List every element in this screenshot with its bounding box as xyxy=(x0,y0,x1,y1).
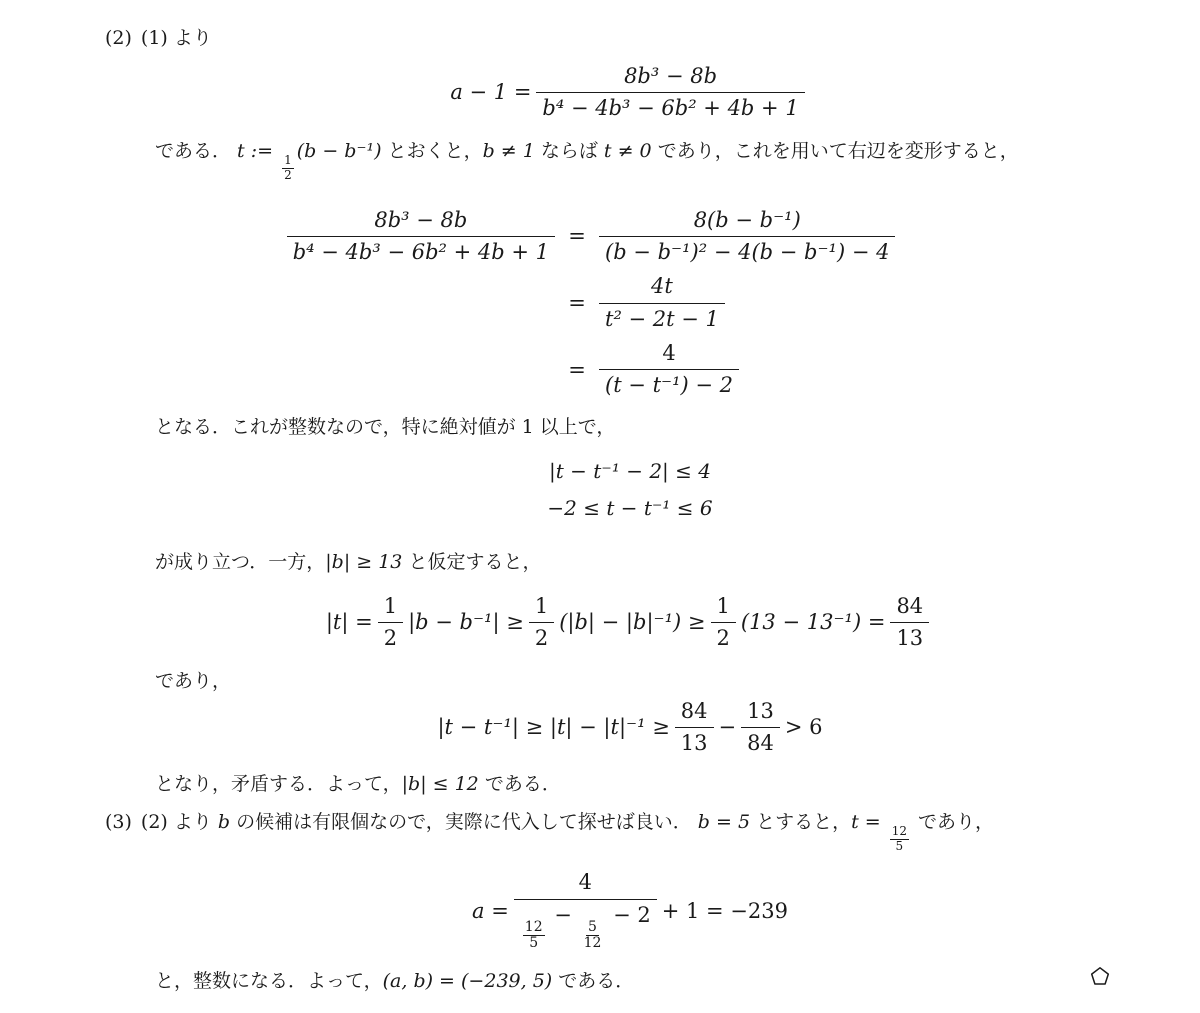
equation-t-lower-bound: |t| = 12 |b − b⁻¹| ≥ 12 (|b| − |b|⁻¹) ≥ … xyxy=(155,593,1105,653)
fraction: 12 xyxy=(378,593,403,653)
section-2-header: (2) (1) より xyxy=(105,25,1105,53)
inequality-2: −2 ≤ t − t⁻¹ ≤ 6 xyxy=(155,490,1105,527)
fraction: 8413 xyxy=(675,698,714,758)
paragraph-deari: であり， xyxy=(155,668,1105,696)
equation-a-value: a = 4 125 − 512 − 2 + 1 = −239 xyxy=(155,869,1105,952)
derivation-row-2: = 4t t² − 2t − 1 xyxy=(105,273,1105,333)
derivation-align-block: 8b³ − 8b b⁴ − 4b³ − 6b² + 4b + 1 = 8(b −… xyxy=(105,207,1105,400)
fraction: 8b³ − 8b b⁴ − 4b³ − 6b² + 4b + 1 xyxy=(536,63,804,123)
item-marker-3: (3) xyxy=(105,809,132,837)
equals-sign: = xyxy=(560,221,594,251)
derivation-row-1: 8b³ − 8b b⁴ − 4b³ − 6b² + 4b + 1 = 8(b −… xyxy=(105,207,1105,267)
math-solution-page: (2) (1) より a − 1 = 8b³ − 8b b⁴ − 4b³ − 6… xyxy=(0,0,1200,1013)
fraction-nested: 4 125 − 512 − 2 xyxy=(514,869,657,952)
paragraph-define-t: である． t := 12(b − b⁻¹) とおくと，b ≠ 1 ならば t ≠… xyxy=(155,138,1105,183)
derivation-row-3: = 4 (t − t⁻¹) − 2 xyxy=(105,340,1105,400)
paragraph-final-answer: と，整数になる．よって，(a, b) = (−239, 5) である． xyxy=(155,968,1105,996)
equals-sign: = xyxy=(560,355,594,385)
paragraph-integer-condition: となる．これが整数なので，特に絶対値が 1 以上で， xyxy=(155,414,1105,442)
equation-contradiction-bound: |t − t⁻¹| ≥ |t| − |t|⁻¹ ≥ 8413 − 1384 > … xyxy=(155,698,1105,758)
inline-fraction-12-5: 125 xyxy=(890,825,909,854)
paragraph-conclusion-b: となり，矛盾する．よって，|b| ≤ 12 である． xyxy=(155,771,1105,799)
fraction: 12 xyxy=(529,593,554,653)
equation-lead: a − 1 = xyxy=(450,77,531,107)
fraction: 8b³ − 8b b⁴ − 4b³ − 6b² + 4b + 1 xyxy=(287,207,555,267)
item-marker-2: (2) xyxy=(105,25,132,53)
equation-a-minus-1: a − 1 = 8b³ − 8b b⁴ − 4b³ − 6b² + 4b + 1 xyxy=(155,63,1105,123)
fraction: 8413 xyxy=(890,593,929,653)
inequalities-block: |t − t⁻¹ − 2| ≤ 4 −2 ≤ t − t⁻¹ ≤ 6 xyxy=(155,453,1105,527)
fraction: 4 (t − t⁻¹) − 2 xyxy=(599,340,739,400)
equals-sign: = xyxy=(560,288,594,318)
fraction: 1384 xyxy=(741,698,780,758)
paragraph-assume-b: が成り立つ．一方，|b| ≥ 13 と仮定すると， xyxy=(155,549,1105,577)
section-2-intro: (1) より xyxy=(141,25,212,53)
fraction: 8(b − b⁻¹) (b − b⁻¹)² − 4(b − b⁻¹) − 4 xyxy=(599,207,895,267)
pentagon-icon[interactable] xyxy=(1090,966,1110,986)
section-3-header: (3) (2) より b の候補は有限個なので，実際に代入して探せば良い． b … xyxy=(105,809,1105,854)
inline-fraction-half: 12 xyxy=(282,154,294,183)
paragraph-substitute: (2) より b の候補は有限個なので，実際に代入して探せば良い． b = 5 … xyxy=(141,809,994,854)
inline-fraction-12-5: 125 xyxy=(523,920,545,952)
fraction: 4t t² − 2t − 1 xyxy=(599,273,725,333)
fraction: 12 xyxy=(711,593,736,653)
inline-fraction-5-12: 512 xyxy=(582,920,604,952)
inequality-1: |t − t⁻¹ − 2| ≤ 4 xyxy=(155,453,1105,490)
